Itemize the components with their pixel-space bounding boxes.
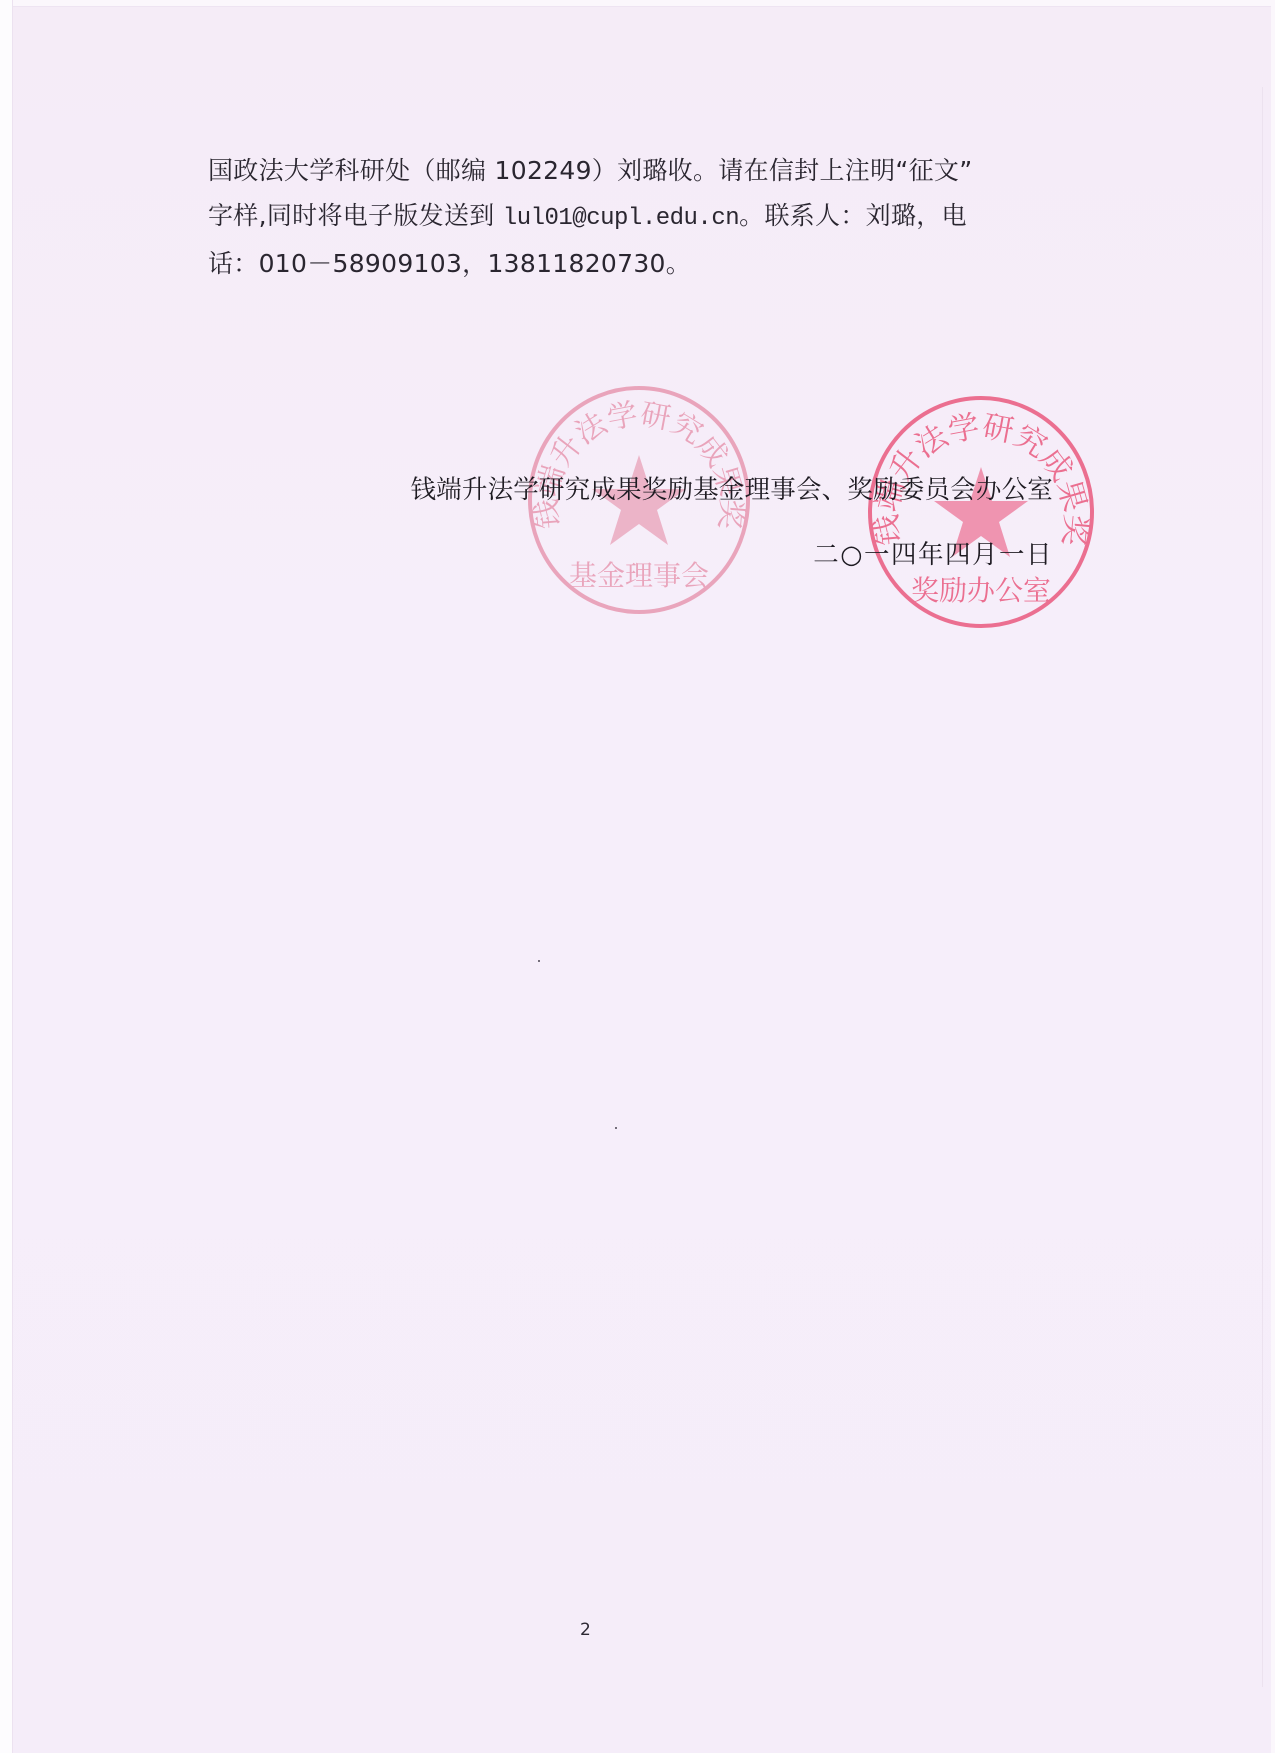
seal-bottom-text: 基金理事会 (569, 559, 709, 592)
contact-email: lul01@cupl.edu.cn (503, 205, 739, 232)
scan-edge-line (1262, 87, 1263, 1687)
body-paragraph: 国政法大学科研处（邮编 102249）刘璐收。请在信封上注明“征文” 字样,同时… (208, 148, 1088, 286)
scan-speck (615, 1127, 617, 1129)
page-number: 2 (580, 1620, 591, 1640)
seal-bottom-text: 奖励办公室 (911, 574, 1051, 607)
line-2-prefix: 字样,同时将电子版发送到 (208, 201, 503, 230)
paragraph-line-2: 字样,同时将电子版发送到 lul01@cupl.edu.cn。联系人：刘璐，电 (208, 193, 1088, 241)
paragraph-line-1: 国政法大学科研处（邮编 102249）刘璐收。请在信封上注明“征文” (208, 148, 1088, 193)
paragraph-line-3: 话：010－58909103，13811820730。 (208, 241, 1088, 286)
line-2-suffix: 。联系人：刘璐，电 (739, 201, 967, 230)
issuing-organization: 钱端升法学研究成果奖励基金理事会、奖励委员会办公室 (410, 470, 1053, 506)
award-committee-seal: 钱端升法学研究成果奖 奖励办公室 (866, 395, 1096, 629)
issue-date: 二○一四年四月一日 (813, 535, 1053, 571)
scan-speck (538, 960, 540, 962)
scan-margin (0, 0, 13, 1753)
